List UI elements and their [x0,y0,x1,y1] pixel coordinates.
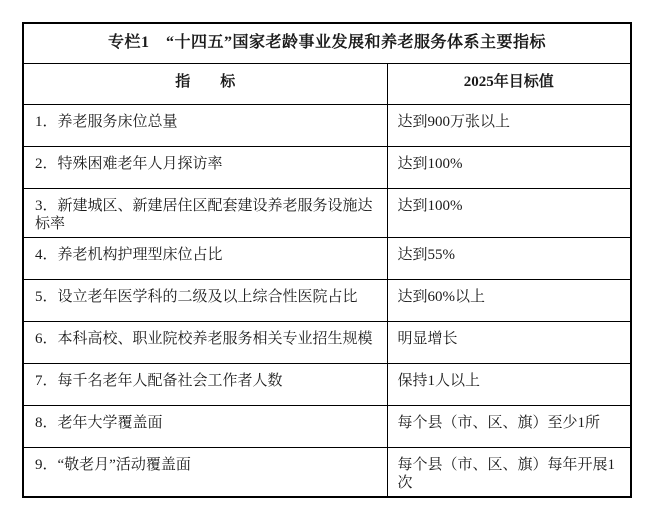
table-row: 9．“敬老月”活动覆盖面 每个县（市、区、旗）每年开展1次 [23,447,631,497]
table-row: 8．老年大学覆盖面 每个县（市、区、旗）至少1所 [23,405,631,447]
indicator-cell: 4．养老机构护理型床位占比 [23,237,387,279]
table-title-row: 专栏1 “十四五”国家老龄事业发展和养老服务体系主要指标 [23,23,631,63]
table-row: 2．特殊困难老年人月探访率 达到100% [23,146,631,188]
target-cell: 达到100% [387,146,631,188]
target-cell: 达到100% [387,188,631,237]
column-header-target: 2025年目标值 [387,63,631,104]
target-cell: 每个县（市、区、旗）至少1所 [387,405,631,447]
table-row: 4．养老机构护理型床位占比 达到55% [23,237,631,279]
table-row: 3．新建城区、新建居住区配套建设养老服务设施达标率 达到100% [23,188,631,237]
document-page: 专栏1 “十四五”国家老龄事业发展和养老服务体系主要指标 指 标 2025年目标… [0,0,652,505]
indicator-cell: 9．“敬老月”活动覆盖面 [23,447,387,497]
target-cell: 达到60%以上 [387,279,631,321]
indicator-cell: 7．每千名老年人配备社会工作者人数 [23,363,387,405]
indicator-cell: 3．新建城区、新建居住区配套建设养老服务设施达标率 [23,188,387,237]
target-cell: 明显增长 [387,321,631,363]
target-cell: 每个县（市、区、旗）每年开展1次 [387,447,631,497]
table-title: 专栏1 “十四五”国家老龄事业发展和养老服务体系主要指标 [23,23,631,63]
table-row: 5．设立老年医学科的二级及以上综合性医院占比 达到60%以上 [23,279,631,321]
table-row: 7．每千名老年人配备社会工作者人数 保持1人以上 [23,363,631,405]
target-cell: 达到900万张以上 [387,104,631,146]
table-row: 1．养老服务床位总量 达到900万张以上 [23,104,631,146]
indicator-cell: 2．特殊困难老年人月探访率 [23,146,387,188]
table-row: 6．本科高校、职业院校养老服务相关专业招生规模 明显增长 [23,321,631,363]
indicator-cell: 6．本科高校、职业院校养老服务相关专业招生规模 [23,321,387,363]
column-header-indicator: 指 标 [23,63,387,104]
target-cell: 达到55% [387,237,631,279]
table-header-row: 指 标 2025年目标值 [23,63,631,104]
indicator-cell: 8．老年大学覆盖面 [23,405,387,447]
target-cell: 保持1人以上 [387,363,631,405]
indicator-cell: 5．设立老年医学科的二级及以上综合性医院占比 [23,279,387,321]
indicator-cell: 1．养老服务床位总量 [23,104,387,146]
targets-table: 专栏1 “十四五”国家老龄事业发展和养老服务体系主要指标 指 标 2025年目标… [22,22,632,498]
